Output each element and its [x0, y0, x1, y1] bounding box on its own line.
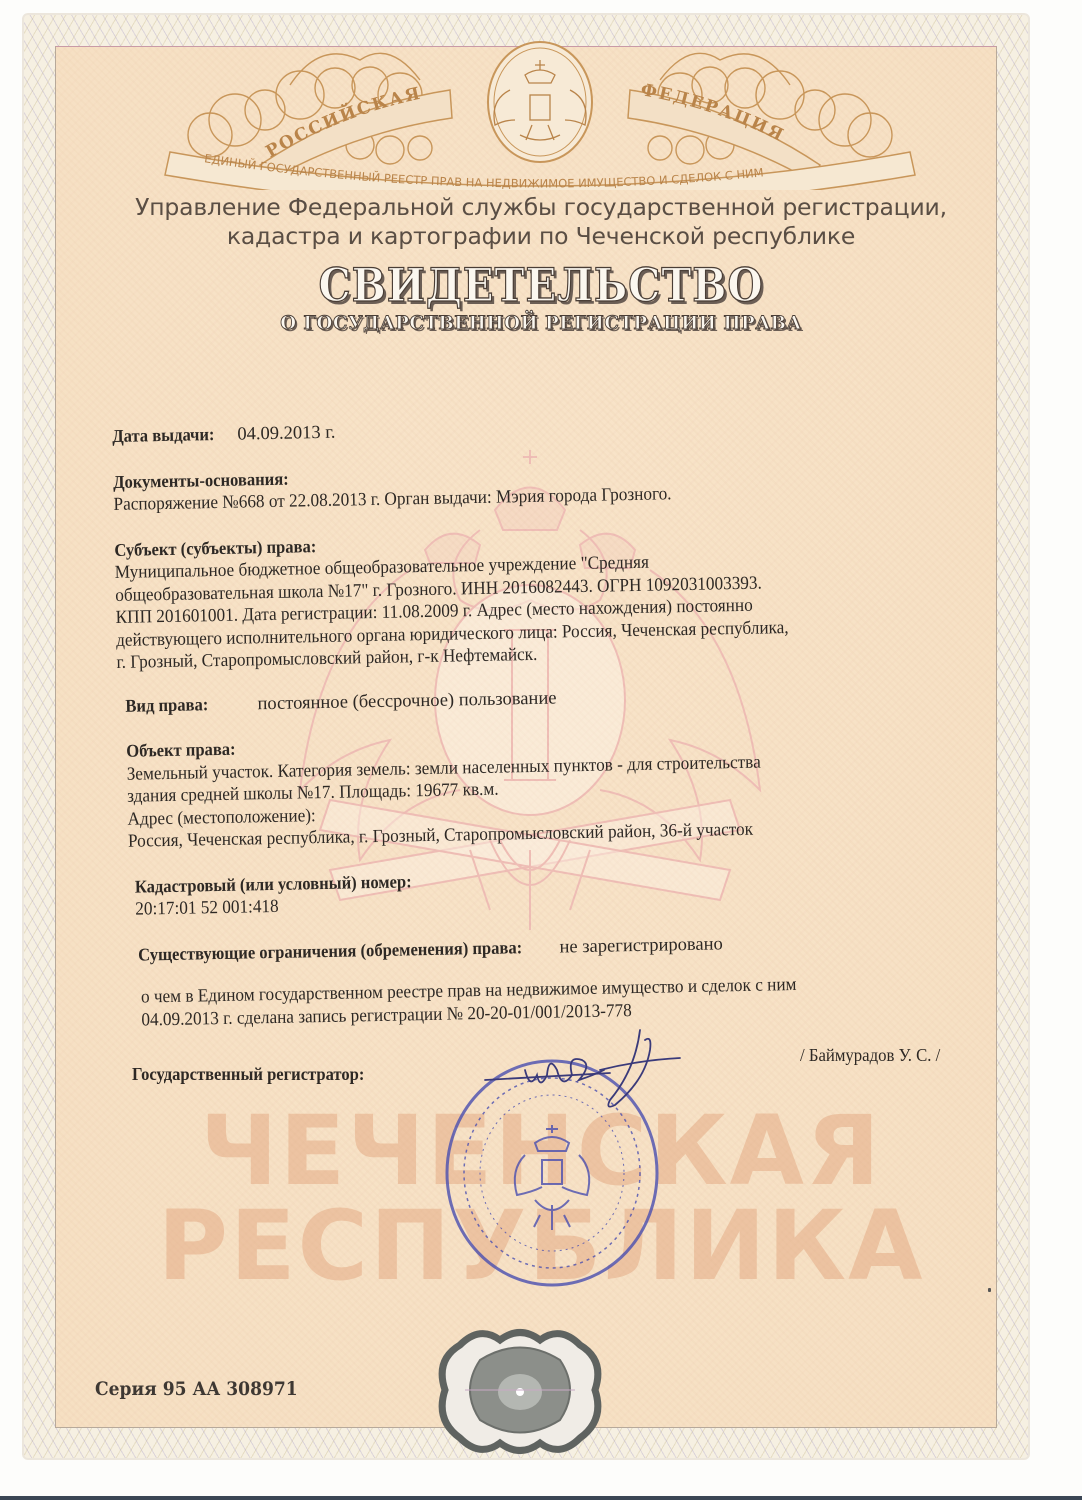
- registrar-name: / Баймурадов У. С. /: [800, 1045, 940, 1066]
- registry-note: о чем в Едином государственном реестре п…: [141, 970, 1004, 1032]
- subject-field: Субъект (субъекты) права: Муниципальное …: [114, 522, 996, 675]
- certificate-body: Дата выдачи: 04.09.2013 г. Документы-осн…: [112, 408, 1004, 1046]
- issue-date-value: 04.09.2013 г.: [237, 422, 335, 446]
- scan-mark: [988, 1288, 991, 1292]
- agency-name-line2: кадастра и картографии по Чеченской респ…: [0, 222, 1082, 250]
- subject-label: Субъект (субъекты) права:: [114, 535, 316, 561]
- certificate-subtitle: О ГОСУДАРСТВЕННОЙ РЕГИСТРАЦИИ ПРАВА: [22, 312, 1061, 334]
- encumbrances-field: Существующие ограничения (обременения) п…: [138, 927, 1002, 967]
- russian-coat-of-arms-icon: [488, 42, 592, 162]
- basis-documents-field: Документы-основания: Распоряжение №668 о…: [113, 454, 994, 517]
- object-label: Объект права:: [126, 738, 236, 763]
- scan-edge: [0, 1496, 1082, 1500]
- guilloche-rosette-icon: [420, 1320, 620, 1465]
- encumbrances-value: не зарегистрировано: [559, 933, 723, 959]
- cadastral-field: Кадастровый (или условный) номер: 20:17:…: [135, 859, 1002, 922]
- registrar-label: Государственный регистратор:: [132, 1064, 364, 1085]
- encumbrances-label: Существующие ограничения (обременения) п…: [138, 936, 522, 966]
- certificate-title: СВИДЕТЕЛЬСТВО: [65, 258, 1017, 312]
- right-type-field: Вид права: постоянное (бессрочное) польз…: [125, 678, 997, 718]
- agency-name-line1: Управление Федеральной службы государств…: [0, 193, 1082, 221]
- basis-documents-label: Документы-основания:: [113, 467, 289, 493]
- registrar-signature: [480, 1025, 690, 1115]
- right-type-label: Вид права:: [125, 693, 208, 717]
- certificate-series-number: Серия 95 АА 308971: [95, 1378, 298, 1400]
- issue-date-label: Дата выдачи:: [112, 423, 215, 447]
- right-type-value: постоянное (бессрочное) пользование: [257, 687, 556, 715]
- header-ornament: РОССИЙСКАЯ ФЕДЕРАЦИЯ ЕДИНЫЙ ГОСУДАРСТВЕН…: [150, 40, 930, 190]
- object-field: Объект права: Земельный участок. Категор…: [126, 723, 1000, 853]
